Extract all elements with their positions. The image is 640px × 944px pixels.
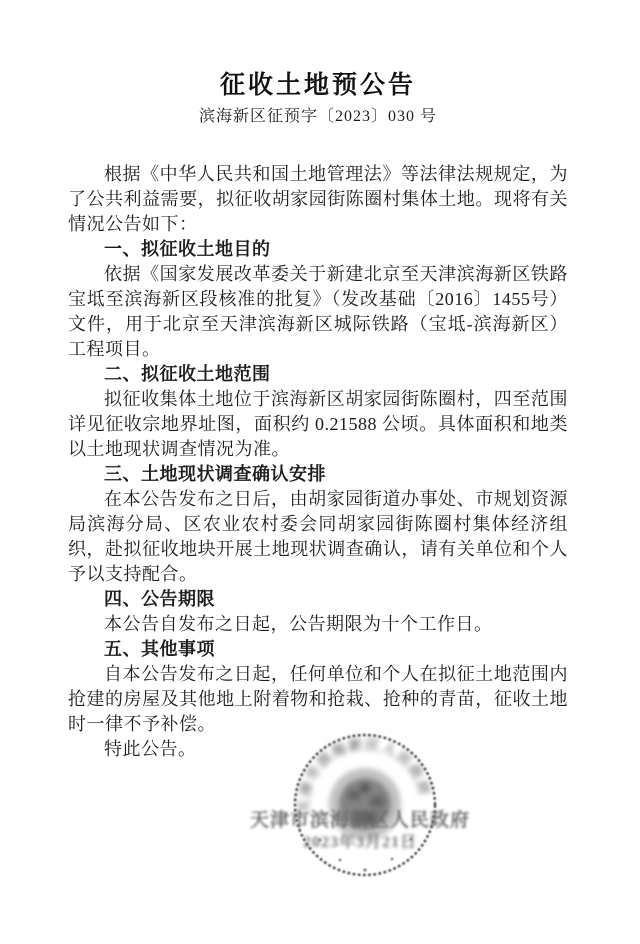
section-5-paragraph: 自本公告发布之日起，任何单位和个人在拟征土地范围内抢建的房屋及其他地上附着物和抢… <box>68 662 568 737</box>
section-3-paragraph: 在本公告发布之日后，由胡家园街道办事处、市规划资源局滨海分局、区农业农村委会同胡… <box>68 487 568 587</box>
document-content: 征收土地预公告 滨海新区征预字〔2023〕030 号 根据《中华人民共和国土地管… <box>68 70 568 762</box>
section-2-paragraph: 拟征收集体土地位于滨海新区胡家园街陈圈村，四至范围详见征收宗地界址图，面积约 0… <box>68 387 568 462</box>
document-title: 征收土地预公告 <box>68 70 568 100</box>
document-number: 滨海新区征预字〔2023〕030 号 <box>68 106 568 128</box>
document-text: 根据《中华人民共和国土地管理法》等法律法规规定，为了公共利益需要，拟征收胡家园街… <box>68 162 568 762</box>
intro-paragraph: 根据《中华人民共和国土地管理法》等法律法规规定，为了公共利益需要，拟征收胡家园街… <box>68 162 568 237</box>
closing-paragraph: 特此公告。 <box>68 737 568 762</box>
section-1-heading: 一、拟征收土地目的 <box>68 237 568 262</box>
section-4-heading: 四、公告期限 <box>68 587 568 612</box>
announcement-page: 征收土地预公告 滨海新区征预字〔2023〕030 号 根据《中华人民共和国土地管… <box>0 0 640 944</box>
stamp-issuer-text: 天津市滨海新区人民政府 <box>248 810 472 832</box>
section-3-heading: 三、土地现状调查确认安排 <box>68 462 568 487</box>
section-2-heading: 二、拟征收土地范围 <box>68 362 568 387</box>
stamp-date-text: 2023年3月21日 <box>272 833 448 853</box>
section-5-heading: 五、其他事项 <box>68 637 568 662</box>
section-4-paragraph: 本公告自发布之日起，公告期限为十个工作日。 <box>68 612 568 637</box>
section-1-paragraph: 依据《国家发展改革委关于新建北京至天津滨海新区铁路宝坻至滨海新区段核准的批复》（… <box>68 262 568 362</box>
